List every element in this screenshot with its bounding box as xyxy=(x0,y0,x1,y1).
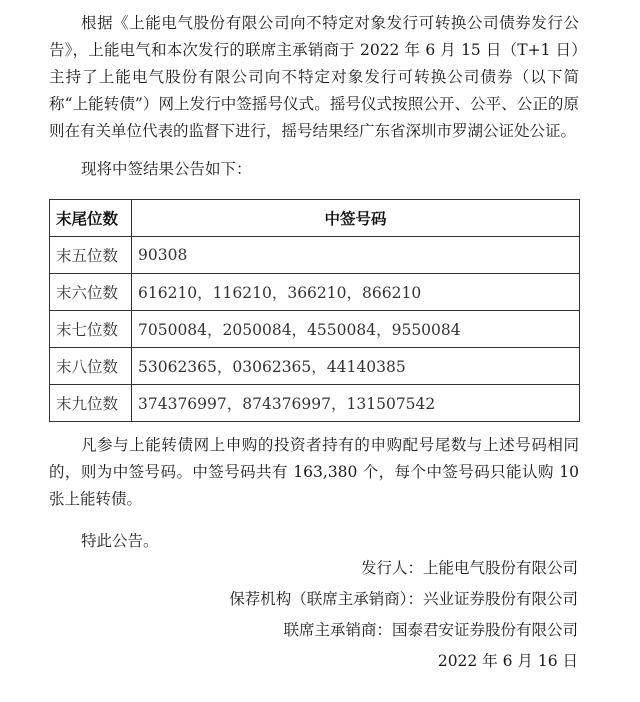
table-row: 末七位数 7050084，2050084，4550084，9550084 xyxy=(50,311,580,348)
table-row: 末五位数 90308 xyxy=(50,237,580,274)
row-digits: 末九位数 xyxy=(50,385,132,422)
signature-issuer: 发行人：上能电气股份有限公司 xyxy=(361,555,578,582)
row-digits: 末六位数 xyxy=(50,274,132,311)
header-digits: 末尾位数 xyxy=(50,200,132,237)
row-digits: 末八位数 xyxy=(50,348,132,385)
row-digits: 末五位数 xyxy=(50,237,132,274)
table-header-row: 末尾位数 中签号码 xyxy=(50,200,580,237)
closing-paragraph: 特此公告。 xyxy=(49,528,579,555)
table-row: 末六位数 616210，116210，366210，866210 xyxy=(50,274,580,311)
signature-co-underwriter: 联席主承销商：国泰君安证券股份有限公司 xyxy=(283,617,578,644)
row-digits: 末七位数 xyxy=(50,311,132,348)
row-numbers: 90308 xyxy=(132,237,580,274)
signature-date: 2022 年 6 月 16 日 xyxy=(438,648,578,675)
table-row: 末八位数 53062365，03062365，44140385 xyxy=(50,348,580,385)
note-paragraph: 凡参与上能转债网上申购的投资者持有的申购配号尾数与上述号码相同的，则为中签号码。… xyxy=(49,432,579,513)
row-numbers: 616210，116210，366210，866210 xyxy=(132,274,580,311)
header-numbers: 中签号码 xyxy=(132,200,580,237)
intro-paragraph: 根据《上能电气股份有限公司向不特定对象发行可转换公司债券发行公告》，上能电气和本… xyxy=(49,10,579,145)
row-numbers: 7050084，2050084，4550084，9550084 xyxy=(132,311,580,348)
row-numbers: 53062365，03062365，44140385 xyxy=(132,348,580,385)
table-row: 末九位数 374376997，874376997，131507542 xyxy=(50,385,580,422)
lead-paragraph: 现将中签结果公告如下： xyxy=(49,156,579,183)
signature-sponsor: 保荐机构（联席主承销商）：兴业证券股份有限公司 xyxy=(229,586,578,613)
winning-numbers-table: 末尾位数 中签号码 末五位数 90308 末六位数 616210，116210，… xyxy=(49,199,580,422)
row-numbers: 374376997，874376997，131507542 xyxy=(132,385,580,422)
